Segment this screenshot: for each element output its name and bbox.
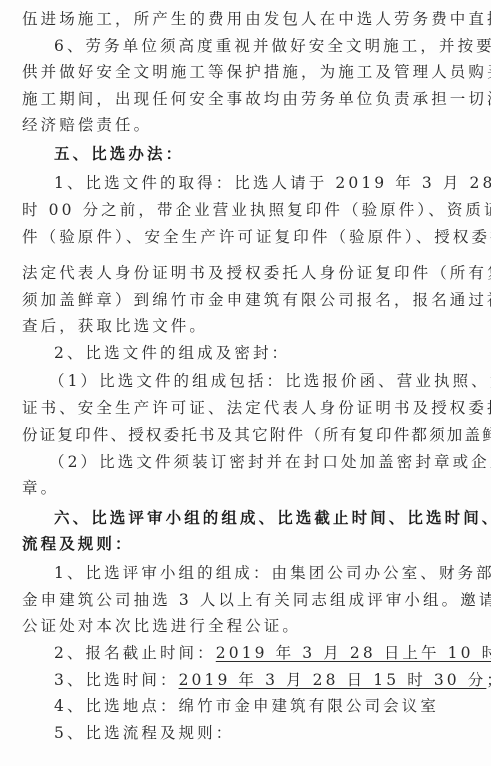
selection-time-line: 3、比选时间：2019 年 3 月 28 日 15 时 30 分；	[22, 669, 474, 691]
section-heading-6-cont: 流程及规则：	[22, 533, 474, 555]
clause-2-line: 2、比选文件的组成及密封：	[22, 342, 474, 364]
selection-process-line: 5、比选流程及规则：	[22, 722, 474, 744]
clause-1-line: 1、比选文件的取得：比选人请于 2019 年 3 月 28 日上午 10	[22, 172, 474, 194]
paragraph-line: 时 00 分之前，带企业营业执照复印件（验原件）、资质证书复印	[22, 199, 474, 221]
section-heading-6: 六、比选评审小组的组成、比选截止时间、比选时间、比选	[22, 507, 474, 529]
clause-6-line: 6、劳务单位须高度重视并做好安全文明施工，并按要求提	[22, 35, 474, 57]
paragraph-line: 查后，获取比选文件。	[22, 315, 474, 337]
section-heading-5: 五、比选办法：	[22, 143, 474, 165]
paragraph-line: 份证复印件、授权委托书及其它附件（所有复印件都须加盖鲜章）。	[22, 424, 474, 446]
selection-time-label: 3、比选时间：	[54, 671, 179, 689]
paragraph-line: 经济赔偿责任。	[22, 114, 474, 136]
paragraph-line: 施工期间，出现任何安全事故均由劳务单位负责承担一切法律及	[22, 88, 474, 110]
selection-time-suffix: ；	[486, 671, 491, 689]
paragraph-line: 须加盖鲜章）到绵竹市金申建筑有限公司报名，报名通过初步审	[22, 289, 474, 311]
paragraph-line: 章。	[22, 477, 474, 499]
subclause-1-line: （1）比选文件的组成包括：比选报价函、营业执照、资质	[22, 370, 474, 392]
subclause-2-line: （2）比选文件须装订密封并在封口处加盖密封章或企业公	[22, 451, 474, 473]
paragraph-line: 法定代表人身份证明书及授权委托人身份证复印件（所有复印件	[22, 262, 474, 284]
registration-deadline-value: 2019 年 3 月 28 日上午 10 时 00 分；	[216, 644, 491, 662]
paragraph-line: 伍进场施工，所产生的费用由发包人在中选人劳务费中直接扣除。	[22, 8, 474, 30]
paragraph-line: 供并做好安全文明施工等保护措施，为施工及管理人员购买保险。	[22, 61, 474, 83]
paragraph-line: 公证处对本次比选进行全程公证。	[22, 615, 474, 637]
paragraph-line: 证书、安全生产许可证、法定代表人身份证明书及授权委托人身	[22, 397, 474, 419]
selection-time-value: 2019 年 3 月 28 日 15 时 30 分	[179, 671, 487, 689]
paragraph-line: 金申建筑公司抽选 3 人以上有关同志组成评审小组。邀请绵竹市	[22, 589, 474, 611]
registration-deadline-label: 2、报名截止时间：	[54, 644, 216, 662]
registration-deadline-line: 2、报名截止时间：2019 年 3 月 28 日上午 10 时 00 分；	[22, 642, 474, 664]
document-page: 伍进场施工，所产生的费用由发包人在中选人劳务费中直接扣除。 6、劳务单位须高度重…	[0, 0, 491, 766]
paragraph-line: 件（验原件）、安全生产许可证复印件（验原件）、授权委托书、	[22, 226, 474, 248]
selection-location-line: 4、比选地点：绵竹市金申建筑有限公司会议室	[22, 695, 474, 717]
clause-1-line: 1、比选评审小组的组成：由集团公司办公室、财务部门及	[22, 562, 474, 584]
